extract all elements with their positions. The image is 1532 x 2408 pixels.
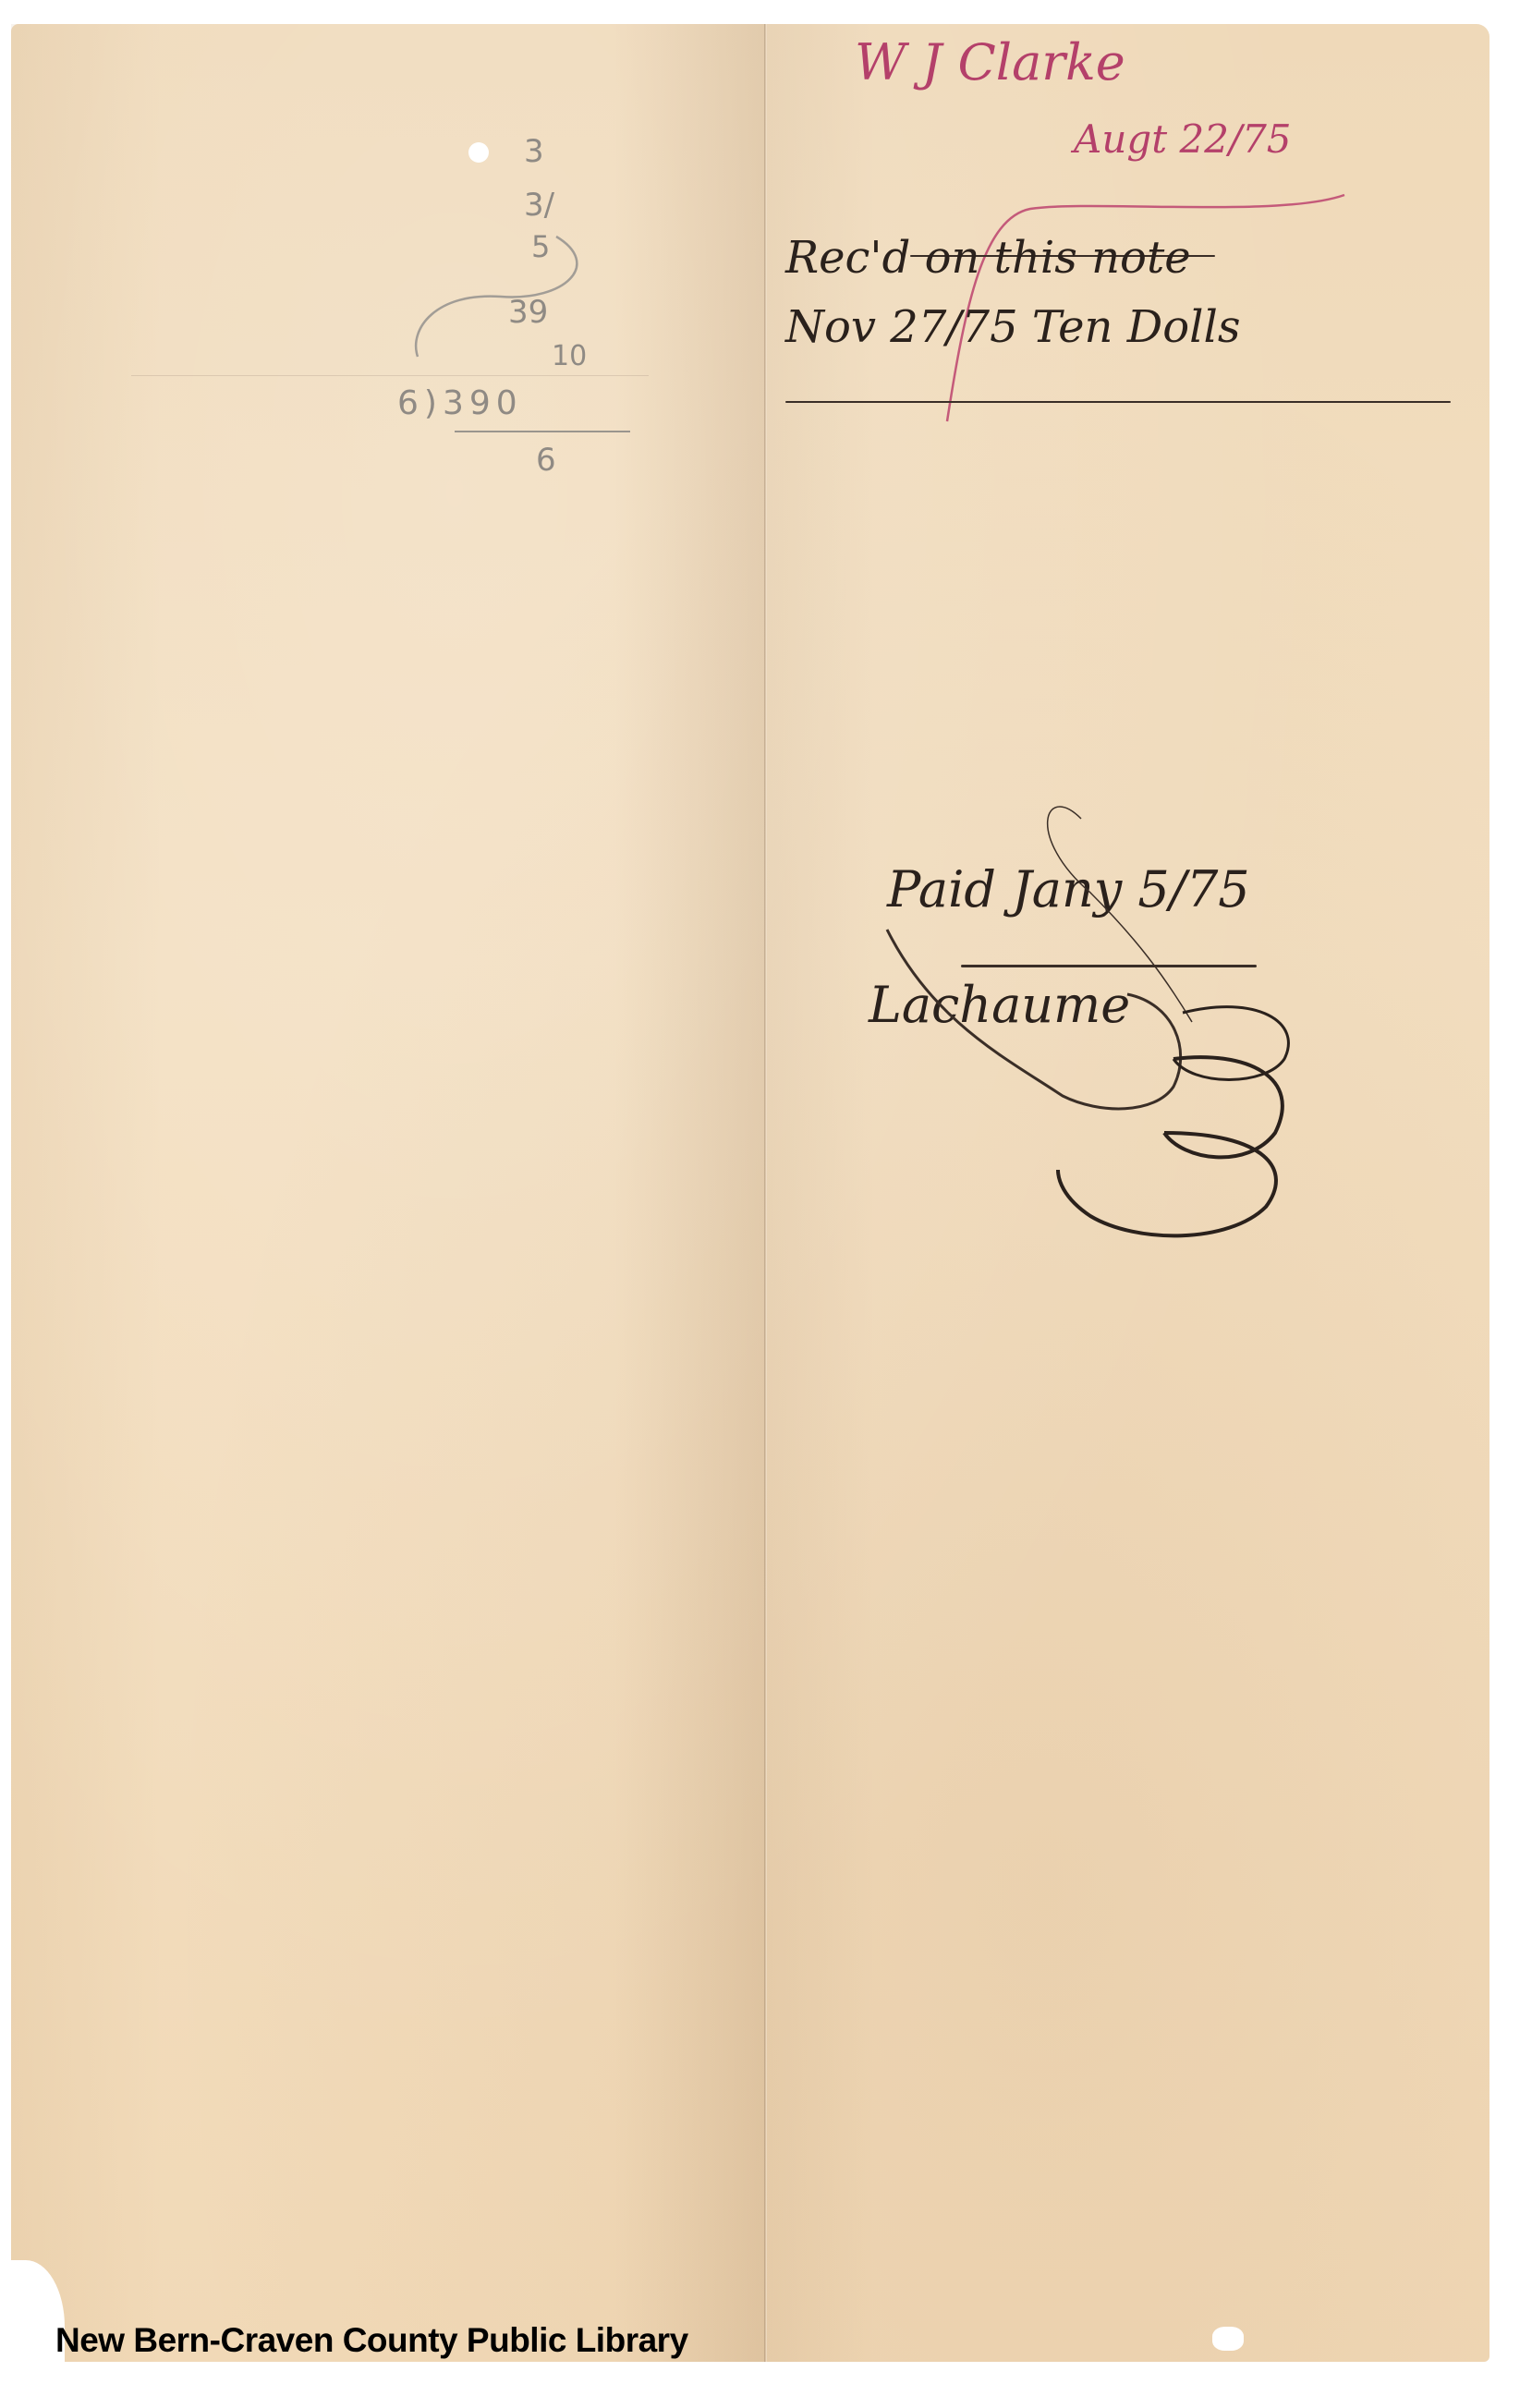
paid-underline bbox=[961, 965, 1257, 967]
right-panel: W J Clarke Augt 22/75 Rec'd on this note… bbox=[767, 24, 1489, 2362]
signature-flourish bbox=[859, 782, 1340, 1299]
paper-hole bbox=[1212, 2327, 1244, 2351]
pencil-figure: 3 bbox=[524, 133, 544, 170]
library-watermark: New Bern-Craven County Public Library bbox=[55, 2321, 688, 2360]
receipt-line-2: Nov 27/75 Ten Dolls bbox=[785, 301, 1240, 353]
torn-bottom-edge bbox=[1180, 2369, 1494, 2397]
pencil-figure: 5 bbox=[531, 229, 550, 264]
pencil-division-bar bbox=[455, 431, 630, 432]
left-panel: 3 3/ 5 39 10 6)390 6 bbox=[11, 24, 764, 2362]
pencil-figure: 6 bbox=[536, 442, 556, 479]
pencil-division: 6)390 bbox=[397, 384, 523, 422]
signature: Lachaume bbox=[869, 976, 1130, 1034]
document-sheet: 3 3/ 5 39 10 6)390 6 W J Clarke Augt 22/… bbox=[11, 24, 1489, 2362]
endorsement-name: W J Clarke bbox=[855, 33, 1125, 91]
faint-ruled-line bbox=[131, 375, 649, 376]
pencil-figure: 10 bbox=[552, 340, 587, 372]
pencil-figure: 39 bbox=[508, 294, 548, 331]
pencil-figure: 3/ bbox=[524, 187, 554, 224]
paid-line: Paid Jany 5/75 bbox=[887, 860, 1250, 918]
receipt-line-1: Rec'd on this note bbox=[785, 232, 1191, 284]
punch-hole bbox=[468, 142, 489, 163]
endorsement-date: Augt 22/75 bbox=[1074, 116, 1292, 162]
receipt-underline bbox=[785, 401, 1451, 403]
